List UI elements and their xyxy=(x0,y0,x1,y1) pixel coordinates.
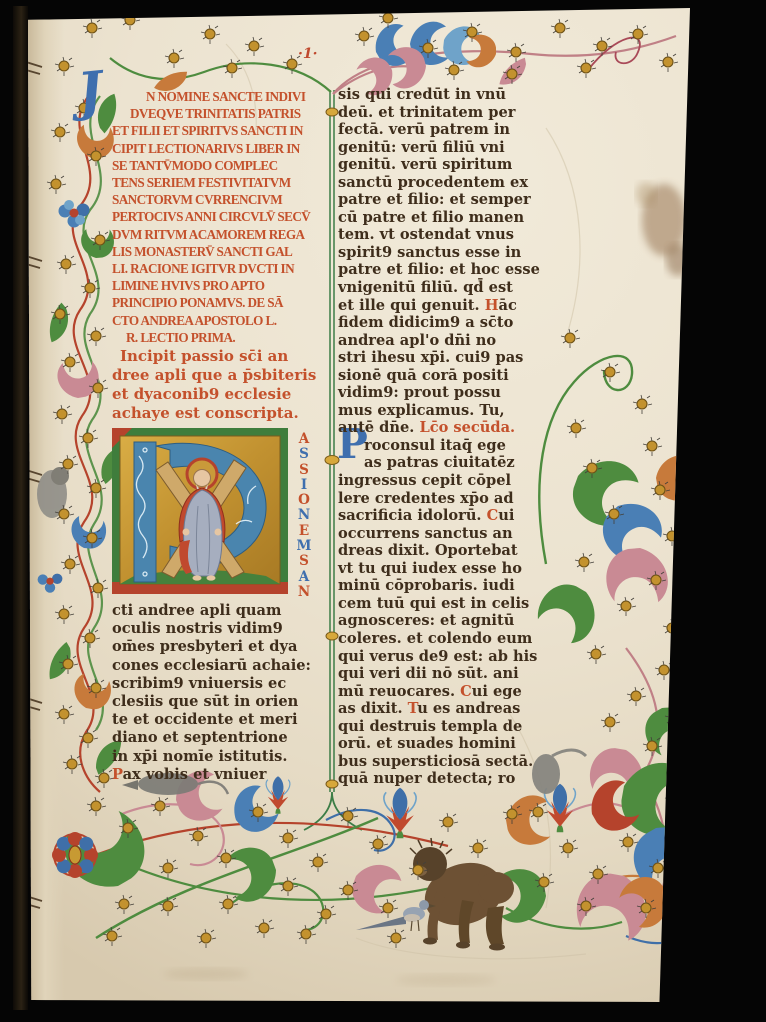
text-line: om̄es presbyteri et dya xyxy=(112,638,311,656)
text-line: sionē quā corā positi xyxy=(338,367,566,385)
text-line: qui destruis templa de xyxy=(338,718,566,736)
vertical-letter: E xyxy=(294,524,314,539)
text-line: te et occidente et meri xyxy=(112,711,311,729)
text-line: scribim9 vniuersis ec xyxy=(112,675,311,693)
rosette-flower xyxy=(52,832,98,878)
text-line: et dyaconib9 ecclesie xyxy=(112,385,316,404)
left-body-text: cti andree apli quamoculis nostris vidim… xyxy=(112,602,311,784)
text-line: qui verus de9 est: ab his xyxy=(338,648,566,666)
text-line: N NOMINE SANCTE INDIVI xyxy=(112,88,340,105)
vertical-letter: O xyxy=(294,493,314,508)
text-line: Incipit passio sc̄i an xyxy=(112,347,316,366)
text-line: dree apli que a p̄sbiteris xyxy=(112,366,316,385)
text-line: fidem didicim9 a sc̄to xyxy=(338,314,566,332)
vertical-letter: S xyxy=(294,463,314,478)
photo-background: ·1· J N NOMINE SANCTE INDIVIDVEQVE TRINI… xyxy=(0,0,766,1022)
text-line: LI. RACIONE IGITVR DVCTI IN xyxy=(112,260,340,277)
text-line: orū. et suades homini xyxy=(338,735,566,753)
text-line: coleres. et colendo eum xyxy=(338,630,566,648)
text-line: ET FILII ET SPIRITVS SANCTI IN xyxy=(112,122,340,139)
manuscript-page: ·1· J N NOMINE SANCTE INDIVIDVEQVE TRINI… xyxy=(26,8,690,1002)
text-line: patre et filio: et hoc esse xyxy=(338,261,566,279)
text-line: R. LECTIO PRIMA. xyxy=(112,329,340,346)
text-line: vidim9: prout possu xyxy=(338,384,566,402)
text-line: dreas dixit. Oportebat xyxy=(338,542,566,560)
text-line: sis qui credūt in vnū xyxy=(338,86,566,104)
text-line: sacrificia idolorū. Cui xyxy=(338,507,566,525)
text-line: as patras ciuitatēz xyxy=(338,454,566,472)
text-line: DVEQVE TRINITATIS PATRIS xyxy=(112,105,340,122)
vertical-letter: A xyxy=(294,432,314,447)
text-line: patre et filio: et semper xyxy=(338,191,566,209)
monkey-figure xyxy=(410,838,514,951)
vertical-letter: N xyxy=(294,585,314,600)
text-line: cti andree apli quam xyxy=(112,602,311,620)
left-column: N NOMINE SANCTE INDIVIDVEQVE TRINITATIS … xyxy=(112,88,340,346)
text-line: achaye est conscripta. xyxy=(112,404,316,423)
text-line: agnosceres: et agnitū xyxy=(338,612,566,630)
text-line: LIS MONASTERV̄ SANCTI GAL xyxy=(112,243,340,260)
folio-number: ·1· xyxy=(298,46,318,62)
text-line: as dixit. Tu es andreas xyxy=(338,700,566,718)
text-line: Pax vobis et vniuer xyxy=(112,766,311,784)
text-line: diano et septentrione xyxy=(112,729,311,747)
text-line: PERTOCIVS ANNI CIRCVLV̄ SECV̄ xyxy=(112,208,340,225)
vertical-letter: S xyxy=(294,554,314,569)
text-line: quā nuper detecta; ro xyxy=(338,770,566,788)
text-line: stri ihesu xp̄i. cui9 pas xyxy=(338,349,566,367)
vertical-letter: M xyxy=(294,539,314,554)
text-line: CTO ANDREA APOSTOLO L. xyxy=(112,312,340,329)
text-line: SANCTORVM CVRRENCIVM xyxy=(112,191,340,208)
text-line: cones ecclesiarū achaie: xyxy=(112,657,311,675)
text-line: oculis nostris vidim9 xyxy=(112,620,311,638)
text-line: vt tu qui iudex esse ho xyxy=(338,560,566,578)
saint-andrew-figure xyxy=(179,459,225,581)
text-line: fectā. verū patrem in xyxy=(338,121,566,139)
rubric-block: N NOMINE SANCTE INDIVIDVEQVE TRINITATIS … xyxy=(112,88,340,346)
text-line: CIPIT LECTIONARIVS LIBER IN xyxy=(112,140,340,157)
vertical-letter: I xyxy=(294,478,314,493)
text-line: ingressus cepit cōpel xyxy=(338,472,566,490)
vertical-letter: A xyxy=(294,570,314,585)
text-line: minū cōprobaris. iudi xyxy=(338,577,566,595)
text-line: in xp̄i nomīe istitutis. xyxy=(112,748,311,766)
vertical-letter: N xyxy=(294,508,314,523)
text-line: spirit9 sanctus esse in xyxy=(338,244,566,262)
text-line: cū patre et filio manen xyxy=(338,209,566,227)
text-line: et ille qui genuit. Hāc xyxy=(338,297,566,315)
text-line: genitū: verū filiū vni xyxy=(338,139,566,157)
text-line: lere credentes xp̄o ad xyxy=(338,490,566,508)
opening-initial: J xyxy=(75,65,105,119)
text-line: genitū. verū spiritum xyxy=(338,156,566,174)
vertical-initial-letters: ASSIONEMSAN xyxy=(294,432,314,600)
incipit-rubric-block: Incipit passio sc̄i andree apli que a p̄… xyxy=(112,347,316,423)
text-line: TENS SERIEM FESTIVITATVM xyxy=(112,174,340,191)
text-line: bus supersticiosā sectā. xyxy=(338,753,566,771)
text-line: qui veri dii nō sūt. ani xyxy=(338,665,566,683)
text-line: cem tuū qui est in celis xyxy=(338,595,566,613)
book-spine-edge xyxy=(13,6,28,1010)
text-line: mū reuocares. Cui ege xyxy=(338,683,566,701)
text-line: tem. vt ostendat vnus xyxy=(338,226,566,244)
vertical-letter: S xyxy=(294,447,314,462)
text-line: DVM RITVM ACAMOREM REGA xyxy=(112,226,340,243)
text-line: roconsul itaq̄ ege xyxy=(338,437,566,455)
right-column: sis qui credūt in vnūdeū. et trinitatem … xyxy=(338,86,566,788)
text-line: LIMINE HVIVS PRO APTO xyxy=(112,277,340,294)
text-line: SE TANTV̄MODO COMPLEC xyxy=(112,157,340,174)
text-line: mus explicamus. Tu, xyxy=(338,402,566,420)
text-line: occurrens sanctus an xyxy=(338,525,566,543)
illuminated-initial-miniature xyxy=(110,426,290,598)
text-line: andrea apl'o dn̄i no xyxy=(338,332,566,350)
text-line: PRINCIPIO PONAMVS. DE SĀ xyxy=(112,294,340,311)
text-line: deū. et trinitatem per xyxy=(338,104,566,122)
text-line: sanctū procedentem ex xyxy=(338,174,566,192)
text-line: clesiis que sūt in orien xyxy=(112,693,311,711)
text-line: autē dn̄e. Lc̄o secūda. xyxy=(338,419,566,437)
text-line: vnigenitū filiū. qd̄ est xyxy=(338,279,566,297)
